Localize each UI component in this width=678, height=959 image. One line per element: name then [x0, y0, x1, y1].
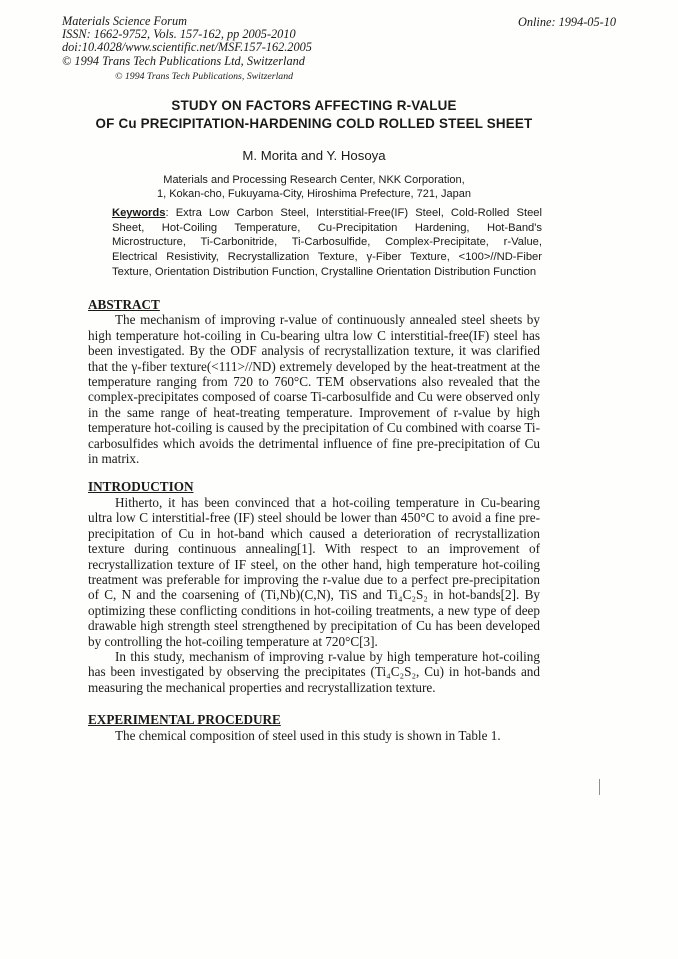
keywords-label: Keywords: [112, 207, 165, 219]
paper-title-line-1: STUDY ON FACTORS AFFECTING R-VALUE: [88, 97, 540, 115]
introduction-paragraph-1: Hitherto, it has been convinced that a h…: [88, 495, 540, 649]
journal-copyright-line: © 1994 Trans Tech Publications Ltd, Swit…: [62, 55, 616, 68]
online-date: Online: 1994-05-10: [518, 15, 616, 30]
paper-title-line-2: OF Cu PRECIPITATION-HARDENING COLD ROLLE…: [88, 115, 540, 133]
document-page: Materials Science Forum ISSN: 1662-9752,…: [0, 0, 678, 959]
abstract-paragraph: The mechanism of improving r-value of co…: [88, 312, 540, 466]
experimental-paragraph: The chemical composition of steel used i…: [88, 728, 540, 743]
introduction-paragraph-2: In this study, mechanism of improving r-…: [88, 649, 540, 695]
section-heading-introduction: INTRODUCTION: [88, 479, 540, 494]
section-heading-experimental: EXPERIMENTAL PROCEDURE: [88, 712, 540, 727]
affiliation-line-2: 1, Kokan-cho, Fukuyama-City, Hiroshima P…: [88, 188, 540, 202]
authors: M. Morita and Y. Hosoya: [88, 148, 540, 163]
title-block: STUDY ON FACTORS AFFECTING R-VALUE OF Cu…: [88, 97, 540, 201]
keywords-block: Keywords: Extra Low Carbon Steel, Inters…: [112, 206, 542, 280]
journal-copyright-small: © 1994 Trans Tech Publications, Switzerl…: [62, 71, 616, 82]
section-heading-abstract: ABSTRACT: [88, 297, 540, 312]
journal-header: Materials Science Forum ISSN: 1662-9752,…: [62, 15, 616, 82]
scan-speck-artifact: [414, 685, 417, 688]
scan-line-artifact: [599, 779, 600, 795]
body-text: ABSTRACT The mechanism of improving r-va…: [88, 297, 540, 743]
keywords-text: : Extra Low Carbon Steel, Interstitial-F…: [112, 207, 542, 278]
affiliation: Materials and Processing Research Center…: [88, 174, 540, 201]
journal-doi-line: doi:10.4028/www.scientific.net/MSF.157-1…: [62, 41, 616, 54]
affiliation-line-1: Materials and Processing Research Center…: [88, 174, 540, 188]
